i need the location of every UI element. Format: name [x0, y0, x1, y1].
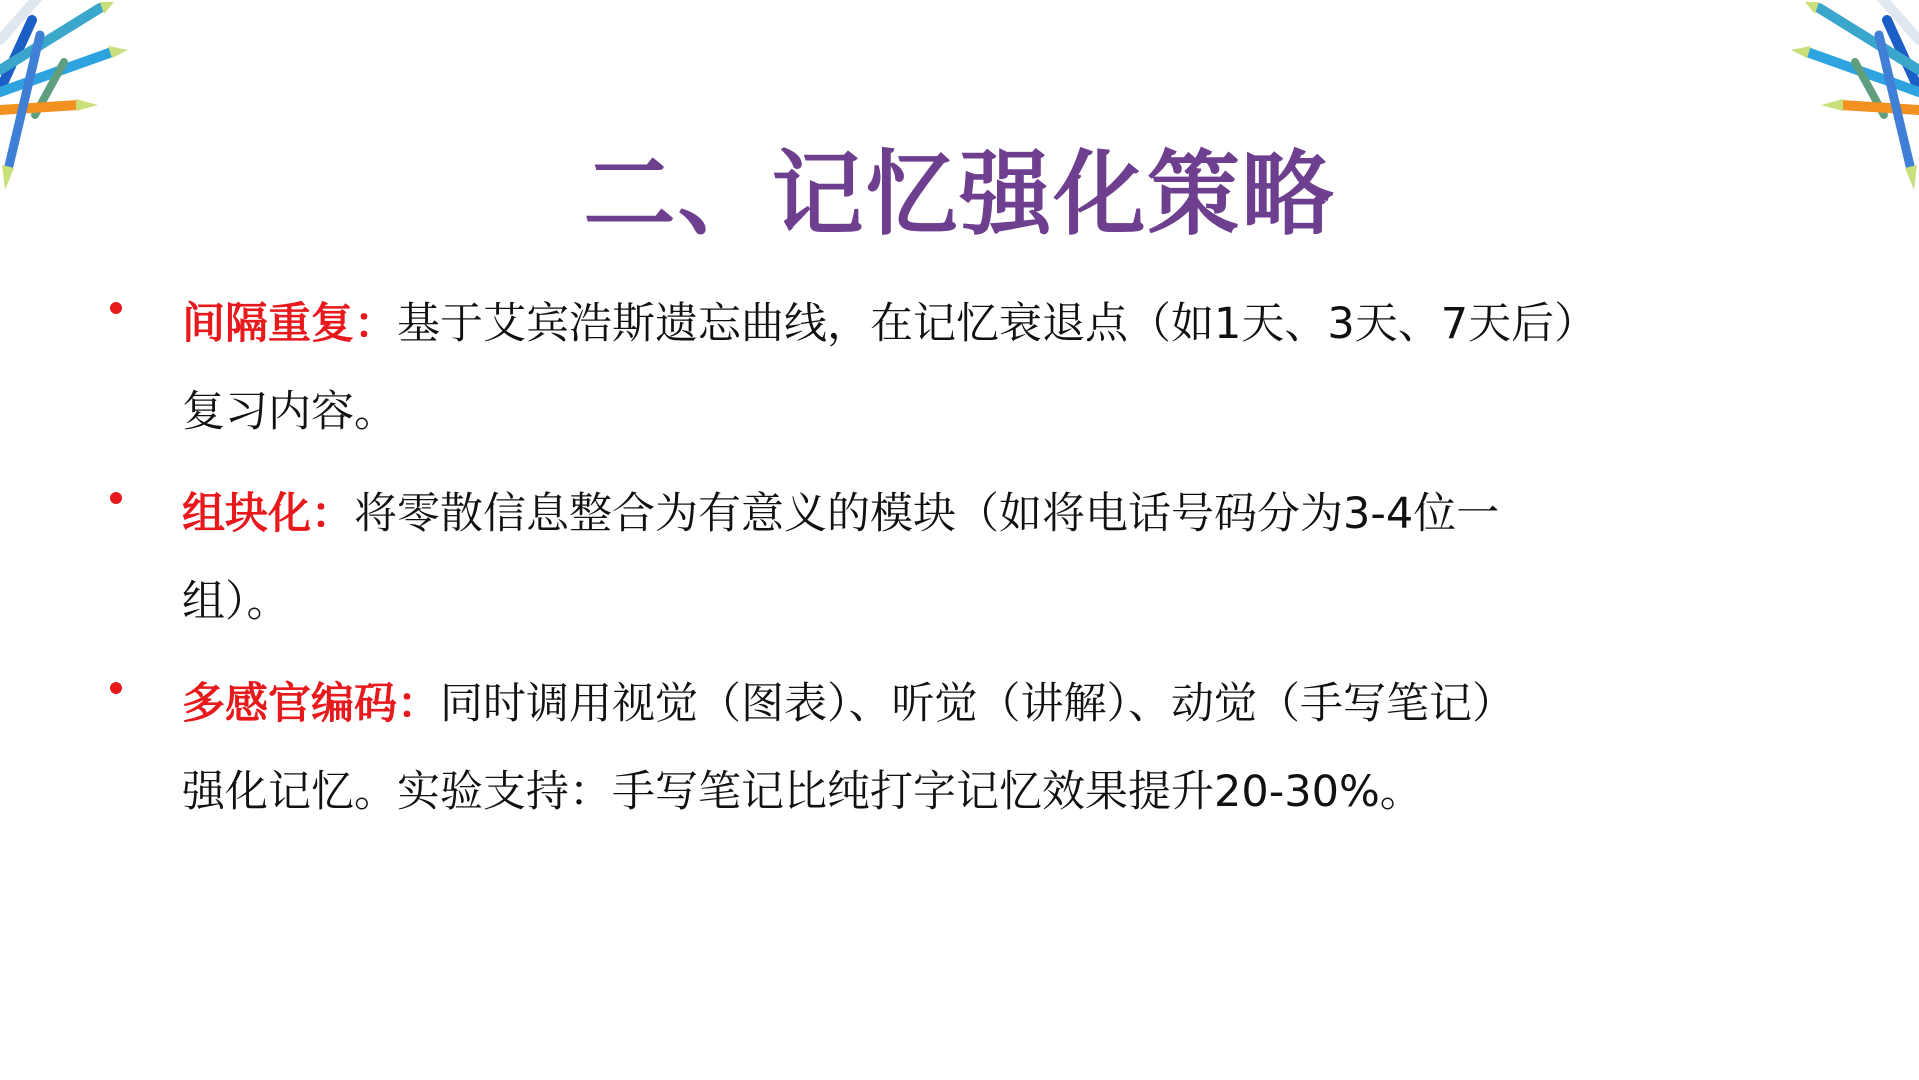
item-line-1: 多感官编码：同时调用视觉（图表）、听觉（讲解）、动觉（手写笔记） [182, 660, 1810, 748]
item-text: 同时调用视觉（图表）、听觉（讲解）、动觉（手写笔记） [440, 679, 1515, 729]
list-item: 多感官编码：同时调用视觉（图表）、听觉（讲解）、动觉（手写笔记） 强化记忆。实验… [110, 660, 1810, 836]
item-line-2: 强化记忆。实验支持：手写笔记比纯打字记忆效果提升20-30%。 [182, 748, 1810, 836]
item-keyword: 多感官编码： [182, 679, 440, 729]
list-item: 间隔重复：基于艾宾浩斯遗忘曲线，在记忆衰退点（如1天、3天、7天后） 复习内容。 [110, 280, 1810, 456]
bullet-list: 间隔重复：基于艾宾浩斯遗忘曲线，在记忆衰退点（如1天、3天、7天后） 复习内容。… [110, 280, 1810, 850]
bullet-dot-icon [110, 682, 122, 694]
bullet-dot-icon [110, 302, 122, 314]
item-line-1: 间隔重复：基于艾宾浩斯遗忘曲线，在记忆衰退点（如1天、3天、7天后） [182, 280, 1810, 368]
item-line-2: 组）。 [182, 558, 1810, 646]
slide-title: 二、记忆强化策略 [0, 140, 1919, 250]
item-text: 将零散信息整合为有意义的模块（如将电话号码分为3-4位一 [354, 489, 1499, 539]
list-item: 组块化：将零散信息整合为有意义的模块（如将电话号码分为3-4位一 组）。 [110, 470, 1810, 646]
item-line-2: 复习内容。 [182, 368, 1810, 456]
item-keyword: 间隔重复： [182, 299, 397, 349]
item-keyword: 组块化： [182, 489, 354, 539]
item-text: 基于艾宾浩斯遗忘曲线，在记忆衰退点（如1天、3天、7天后） [397, 299, 1597, 349]
bullet-dot-icon [110, 492, 122, 504]
item-line-1: 组块化：将零散信息整合为有意义的模块（如将电话号码分为3-4位一 [182, 470, 1810, 558]
